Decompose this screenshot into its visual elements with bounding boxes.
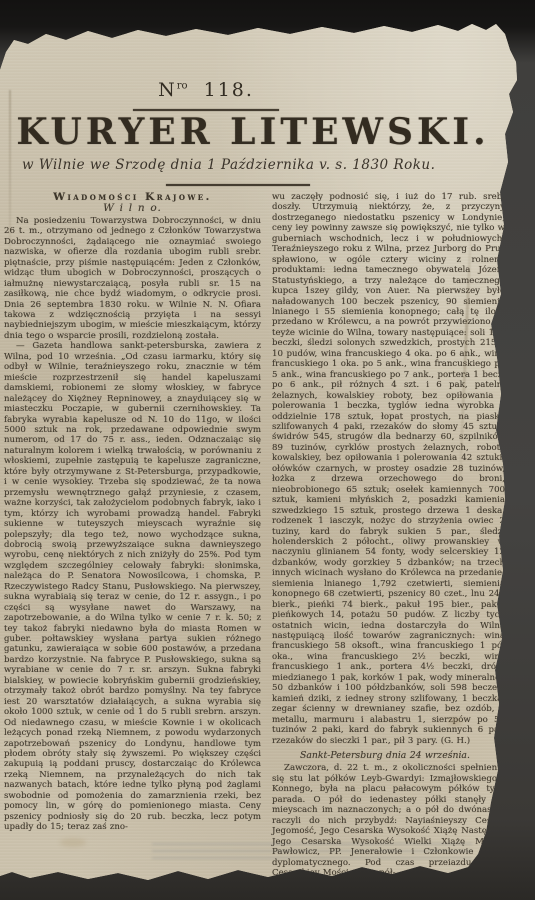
paragraph-trade-gazette: — Gazeta handlowa sankt-petersburska, za… [4,341,261,832]
scan-background: Nro 118. KURYER LITEWSKI. w Wilnie we Sr… [0,0,535,900]
issue-value: 118. [204,79,254,101]
issue-superscript: ro [177,81,188,92]
paper-stain [60,838,86,847]
paragraph-charity-donation: Na posiedzeniu Towarzystwa Dobroczynnośc… [4,216,261,341]
paper-stain [448,718,462,726]
issue-prefix: N [158,79,177,101]
masthead-title: KURYER LITEWSKI. [14,111,492,153]
body-columns: Wiadomości Krajowe. W i l n o. Na posied… [4,192,532,878]
showthrough-text [152,843,472,863]
right-column: wu zaczęły podnosić się, i iuż do 17 rub… [272,192,505,878]
section-heading-petersburg: Sankt-Petersburg dnia 24 września. [300,751,505,761]
section-heading-domestic-news: Wiadomości Krajowe. [4,192,261,202]
rule-under-dateline [166,184,310,186]
dateline: w Wilnie we Srzodę dnia 1 Października v… [22,157,392,173]
paper-crease-left [9,90,11,310]
left-column: Wiadomości Krajowe. W i l n o. Na posied… [4,192,261,878]
issue-number: Nro 118. [130,79,282,101]
newspaper-page: Nro 118. KURYER LITEWSKI. w Wilnie we Sr… [0,0,535,900]
subheading-wilno: W i l n o. [4,203,261,213]
